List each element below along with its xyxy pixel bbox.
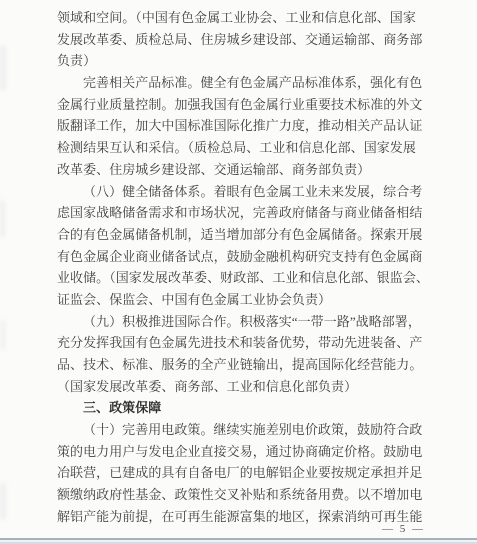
text-line: 证监会、保监会、中国有色金属工业协会负责） bbox=[57, 289, 423, 311]
text-line: 业收储。（国家发展改革委、财政部、工业和信息化部、银监会、 bbox=[57, 267, 423, 289]
scan-smudge bbox=[0, 482, 6, 520]
para-item7-continuation-agencies: 领域和空间。（中国有色金属工业协会、工业和信息化部、国家发展改革委、质检总局、住… bbox=[57, 7, 423, 72]
text-line: （八）健全储备体系。着眼有色金属工业未来发展，综合考 bbox=[57, 181, 423, 203]
para-item10-electricity-policy: （十）完善用电政策。继续实施差别电价政策，鼓励符合政策的电力用户与发电企业直接交… bbox=[57, 419, 423, 527]
scan-smudge bbox=[1, 320, 5, 350]
text-line: 额缴纳政府性基金、政策性交叉补贴和系统备用费。以不增加电 bbox=[57, 484, 423, 506]
para-product-standards: 完善相关产品标准。健全有色金属产品标准体系，强化有色金属行业质量控制。加强我国有… bbox=[57, 72, 423, 180]
scan-edge-band bbox=[0, 538, 477, 544]
text-line: 检测结果互认和采信。（质检总局、工业和信息化部、国家发展 bbox=[57, 137, 423, 159]
para-item9-international-cooperation: （九）积极推进国际合作。积极落实“一带一路”战略部署，充分发挥我国有色金属先进技… bbox=[57, 311, 423, 398]
text-line: 领域和空间。（中国有色金属工业协会、工业和信息化部、国家 bbox=[57, 7, 423, 29]
text-line: （十）完善用电政策。继续实施差别电价政策，鼓励符合政 bbox=[57, 419, 423, 441]
text-line: 改革委、住房城乡建设部、交通运输部、商务部负责） bbox=[57, 159, 423, 181]
text-line: 虑国家战略储备需求和市场状况，完善政府储备与商业储备相结 bbox=[57, 202, 423, 224]
scanned-document-page: 领域和空间。（中国有色金属工业协会、工业和信息化部、国家发展改革委、质检总局、住… bbox=[0, 0, 477, 544]
text-line: 发展改革委、质检总局、住房城乡建设部、交通运输部、商务部 bbox=[57, 29, 423, 51]
text-line: （国家发展改革委、商务部、工业和信息化部负责） bbox=[57, 376, 423, 398]
document-body: 领域和空间。（中国有色金属工业协会、工业和信息化部、国家发展改革委、质检总局、住… bbox=[57, 7, 423, 528]
scan-smudge bbox=[0, 200, 5, 238]
text-line: 有色金属企业商业储备试点，鼓励金融机构研究支持有色金属商 bbox=[57, 246, 423, 268]
text-line: 冶联营，已建成的具有自备电厂的电解铝企业要按规定承担并足 bbox=[57, 462, 423, 484]
text-line: 三、政策保障 bbox=[57, 397, 423, 419]
text-line: 完善相关产品标准。健全有色金属产品标准体系，强化有色 bbox=[57, 72, 423, 94]
text-line: 解铝产能为前提，在可再生能源富集的地区，探索消纳可再生能 bbox=[57, 506, 423, 528]
text-line: （九）积极推进国际合作。积极落实“一带一路”战略部署， bbox=[57, 311, 423, 333]
text-line: 合的有色金属储备机制，适当增加部分有色金属储备。探索开展 bbox=[57, 224, 423, 246]
text-line: 品、技术、标准、服务的全产业链输出，提高国际化经营能力。 bbox=[57, 354, 423, 376]
text-line: 金属行业质量控制。加强我国有色金属行业重要技术标准的外文 bbox=[57, 94, 423, 116]
text-line: 充分发挥我国有色金属先进技术和装备优势，带动先进装备、产 bbox=[57, 332, 423, 354]
para-item8-reserve-system: （八）健全储备体系。着眼有色金属工业未来发展，综合考虑国家战略储备需求和市场状况… bbox=[57, 181, 423, 311]
text-line: 负责） bbox=[57, 50, 423, 72]
page-number: — 5 — bbox=[382, 523, 425, 535]
scan-smudge bbox=[0, 45, 6, 91]
text-line: 版翻译工作，加大中国标准国际化推广力度，推动相关产品认证 bbox=[57, 115, 423, 137]
heading-section3-policy-support: 三、政策保障 bbox=[57, 397, 423, 419]
text-line: 策的电力用户与发电企业直接交易，通过协商确定价格。鼓励电 bbox=[57, 441, 423, 463]
